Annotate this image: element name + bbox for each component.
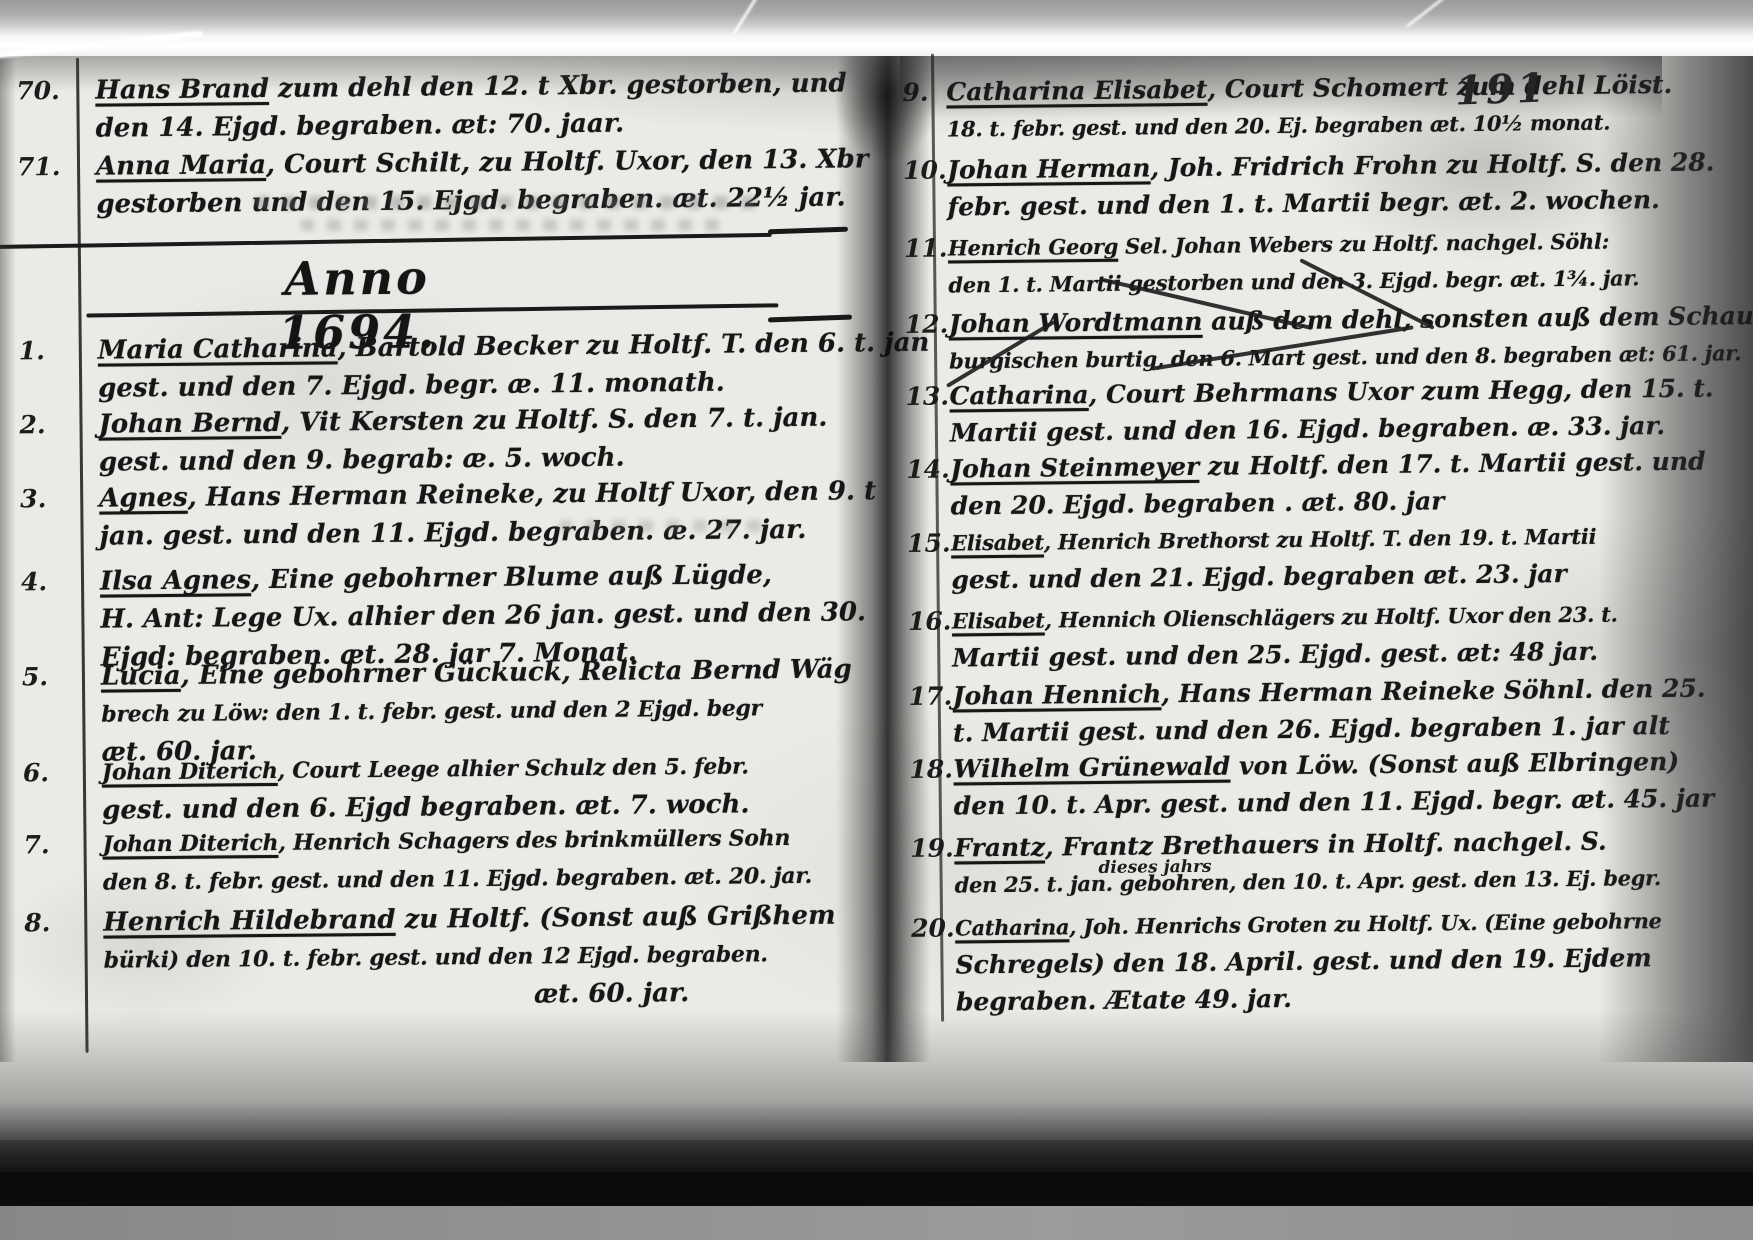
burial-entry: 12. Johan Wordtmann auß dem dehl, sonste… [903,298,1666,380]
page-bottom-shadow [0,1010,1753,1175]
burial-entry: 17. Johan Hennich, Hans Herman Reineke S… [906,670,1669,752]
entry-number: 4. [21,567,77,597]
entry-name: Elisabet [951,530,1044,556]
entry-text-line: Johan Bernd, Vit Kersten zu Holtf. S. de… [98,399,795,444]
burial-entry: 1. Maria Catharina, Bartold Becker zu Ho… [3,325,796,409]
burial-entry: 14. Johan Steinmeyer zu Holtf. den 17. t… [904,443,1667,525]
entry-text-line: H. Ant: Lege Ux. alhier den 26 jan. gest… [100,594,797,639]
burial-entry: 6. Johan Diterich, Court Leege alhier Sc… [7,747,800,831]
entry-name: Johan Bernd [98,408,281,440]
entry-name: Johan Wordtmann [949,307,1203,339]
entry-text: , Hennich Olienschlägers zu Holtf. Uxor … [1045,602,1618,633]
bleedthrough-mark [558,520,773,532]
entry-name: Lucia [101,661,181,692]
entry-text: , Eine gebohrner Blume auß Lügde, [251,560,772,595]
left-edge-shadow [0,56,16,1062]
scanner-bottom-band [0,1206,1753,1240]
entry-text-line: den 25. t. jan. gebohren, den 10. t. Apr… [954,859,1670,903]
entry-name: Catharina [955,914,1069,940]
entry-text-line: den 8. t. febr. gest. und den 11. Ejgd. … [103,857,800,902]
entry-name: Johan Herman [947,153,1151,184]
entry-name: Anna Maria [96,150,266,182]
burial-entry: 19. Frantz, Frantz Brethauers in Holtf. … [908,822,1671,904]
entry-number: 2. [19,410,75,440]
burial-entry: 7. Johan Diterich, Henrich Schagers des … [7,819,800,903]
entry-text: , Court Schilt, zu Holtf. Uxor, den 13. … [266,144,869,180]
entry-text-line: æt. 60. jar. [534,973,801,1014]
burial-entry: 18. Wilhelm Grünewald von Löw. (Sonst au… [907,743,1670,825]
entry-text-line: den 10. t. Apr. gest. und den 11. Ejgd. … [954,780,1670,824]
right-edge-shadow [1598,56,1753,1062]
entry-text-line: Schregels) den 18. April. gest. und den … [955,939,1671,983]
right-page: 9. Catharina Elisabet, Court Schomert zu… [900,50,1673,1068]
entry-name: Ilsa Agnes [100,565,251,596]
entry-text: , Henrich Brethorst zu Holtf. T. den 19.… [1044,524,1597,555]
page-top-shadow [900,56,1662,118]
burial-entry: 11. Henrich Georg Sel. Johan Webers zu H… [902,222,1665,304]
entry-text-line: Agnes, Hans Herman Reineke, zu Holtf Uxo… [99,473,796,518]
burial-entry: 20. Catharina, Joh. Henrichs Groten zu H… [909,902,1672,1021]
section-rule [0,233,772,249]
entry-text: zu Holtf. (Sonst auß Grißhem [395,901,835,935]
burial-entry: 2. Johan Bernd, Vit Kersten zu Holtf. S.… [3,399,796,483]
page-gutter-shadow [836,56,930,1062]
entry-name: Johan Diterich [102,830,278,858]
entry-text-line: Martii gest. und den 25. Ejgd. gest. æt:… [952,632,1668,676]
entry-text-line: bürki) den 10. t. febr. gest. und den 12… [103,935,800,980]
entry-name: Catharina [949,380,1088,410]
entry-number: 6. [23,758,79,788]
entry-number: 5. [22,662,78,692]
entry-name: Henrich Georg [948,234,1118,261]
entry-name: Wilhelm Grünewald [953,752,1230,784]
bleedthrough-mark [255,196,760,209]
scanner-bottom-band [0,1172,1753,1206]
register-scan: Anno 1694. 70. Hans Brand zum dehl den 1… [0,0,1753,1240]
entry-text-line: Maria Catharina, Bartold Becker zu Holtf… [98,325,795,370]
entry-text-line: Anna Maria, Court Schilt, zu Holtf. Uxor… [96,141,793,186]
entry-text: , Vit Kersten zu Holtf. S. den 7. t. jan… [281,403,827,438]
entry-text: , Henrich Schagers des brinkmüllers Sohn [278,825,790,856]
entry-name: Elisabet [952,608,1045,634]
entry-text: , Frantz Brethauers in Holtf. nachgel. S… [1045,827,1607,862]
entry-name: Johan Steinmeyer [950,452,1199,484]
entry-name: Johan Diterich [102,758,278,786]
entry-number: 3. [20,484,76,514]
entry-text: , Eine gebohrner Gückuck, Relicta Bernd … [181,654,852,690]
burial-entry: 16. Elisabet, Hennich Olienschlägers zu … [906,595,1669,677]
entry-name: Maria Catharina [98,333,338,365]
burial-entry: 15. Elisabet, Henrich Brethorst zu Holtf… [905,517,1668,599]
entry-name: Agnes [99,483,188,514]
entry-text-line: Johan Diterich, Court Leege alhier Schul… [102,747,799,792]
entry-number: 8. [24,908,80,938]
entry-text-line: jan. gest. und den 11. Ejgd. begraben. æ… [99,511,796,556]
entry-text: , Hans Herman Reineke, zu Holtf Uxor, de… [188,476,877,513]
entry-text: , Joh. Henrichs Groten zu Holtf. Ux. (Ei… [1069,908,1662,939]
entry-text-line: Ilsa Agnes, Eine gebohrner Blume auß Lüg… [100,556,797,601]
entry-number: 7. [23,830,79,860]
entry-text-line: Johan Diterich, Henrich Schagers des bri… [102,819,799,864]
entry-text-line: febr. gest. und den 1. t. Martii begr. æ… [947,181,1663,225]
entry-name: Henrich Hildebrand [103,905,396,938]
entry-number: 71. [17,152,73,182]
burial-entry: 10. Johan Herman, Joh. Fridrich Frohn zu… [901,144,1664,226]
burial-entry: 3. Agnes, Hans Herman Reineke, zu Holtf … [4,473,797,557]
burial-entry: 8. Henrich Hildebrand zu Holtf. (Sonst a… [8,897,801,1019]
burial-entry: 13. Catharina, Court Behrmans Uxor zum H… [903,370,1666,452]
entry-number: 1. [19,336,75,366]
entry-text-line: Henrich Hildebrand zu Holtf. (Sonst auß … [103,897,800,942]
burial-entry: 71. Anna Maria, Court Schilt, zu Holtf. … [1,141,794,225]
entry-text-line: gest. und den 21. Ejgd. begraben æt. 23.… [951,554,1667,598]
entry-text-line: Lucia, Eine gebohrner Gückuck, Relicta B… [101,651,798,696]
entry-text-line: brech zu Löw: den 1. t. febr. gest. und … [101,689,798,734]
interlinear-insertion: dieses jahrs [1098,857,1211,878]
page-top-shadow [0,56,900,92]
entry-name: Frantz [954,833,1045,863]
entry-text-line: den 14. Ejgd. begraben. æt: 70. jaar. [95,103,792,148]
entry-text-line: Johan Steinmeyer zu Holtf. den 17. t. Ma… [950,443,1666,487]
entry-name: Johan Hennich [953,679,1162,710]
entry-text: Sel. Johan Webers zu Holtf. nachgel. Söh… [1118,229,1609,259]
entry-text: , Court Leege alhier Schulz den 5. febr. [277,753,748,784]
bleedthrough-mark [300,219,730,231]
